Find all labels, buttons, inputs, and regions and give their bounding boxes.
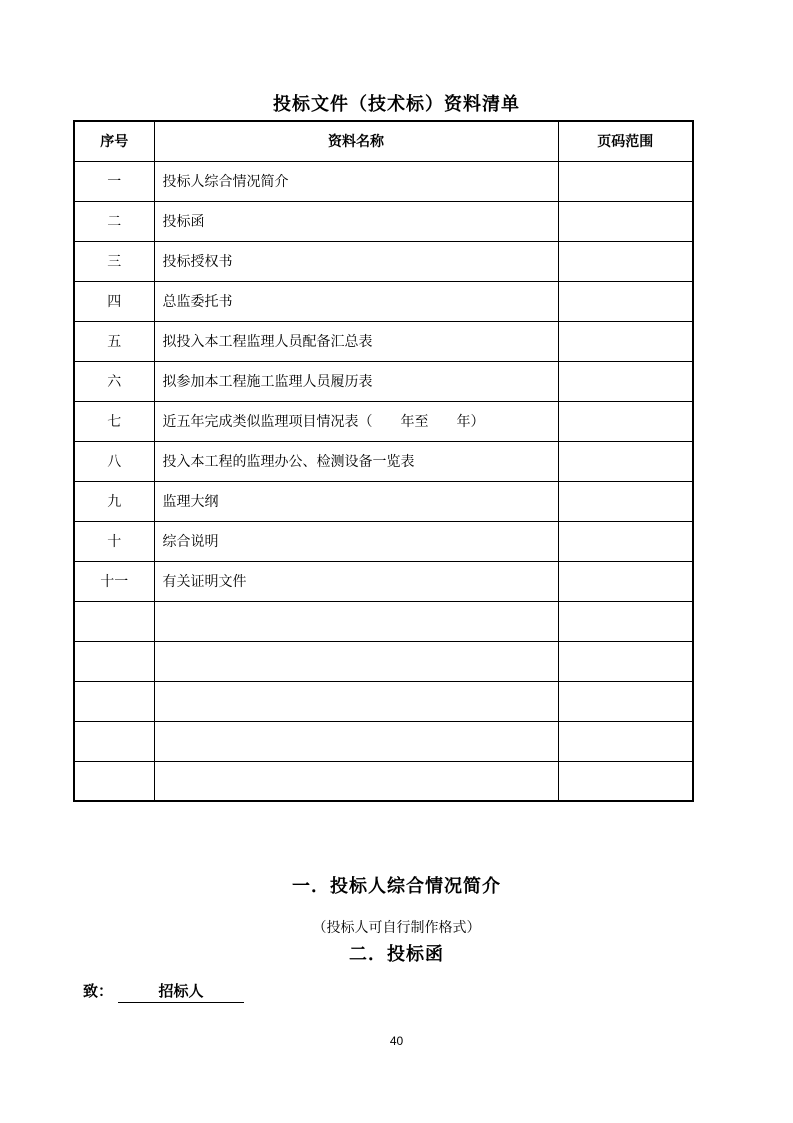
material-name-cell: 综合说明 — [154, 521, 558, 561]
table-row: 三投标授权书 — [74, 241, 693, 281]
material-name-cell: 拟投入本工程监理人员配备汇总表 — [154, 321, 558, 361]
material-name-cell: 投入本工程的监理办公、检测设备一览表 — [154, 441, 558, 481]
material-name-cell: 有关证明文件 — [154, 561, 558, 601]
table-row: 十一有关证明文件 — [74, 561, 693, 601]
page-range-cell — [558, 161, 693, 201]
row-number-cell — [74, 601, 154, 641]
header-cell-material-name: 资料名称 — [154, 121, 558, 161]
material-name-cell: 近五年完成类似监理项目情况表（ 年至 年） — [154, 401, 558, 441]
salutation-line: 致：招标人 — [83, 980, 244, 1003]
row-number-cell: 七 — [74, 401, 154, 441]
row-number-cell: 二 — [74, 201, 154, 241]
table-row: 五拟投入本工程监理人员配备汇总表 — [74, 321, 693, 361]
page-range-cell — [558, 681, 693, 721]
page-range-cell — [558, 601, 693, 641]
table-row: 四总监委托书 — [74, 281, 693, 321]
table-row: 八投入本工程的监理办公、检测设备一览表 — [74, 441, 693, 481]
table-row: 二投标函 — [74, 201, 693, 241]
salutation-blank-tenderee: 招标人 — [118, 980, 244, 1003]
page-range-cell — [558, 281, 693, 321]
material-name-cell: 投标人综合情况简介 — [154, 161, 558, 201]
row-number-cell: 一 — [74, 161, 154, 201]
page-range-cell — [558, 241, 693, 281]
document-page: 投标文件（技术标）资料清单 序号 资料名称 页码范围 一投标人综合情况简介二投标… — [0, 0, 793, 1123]
row-number-cell — [74, 761, 154, 801]
row-number-cell: 十 — [74, 521, 154, 561]
salutation-label: 致： — [83, 984, 113, 1000]
bottom-sections: 一．投标人综合情况简介 （投标人可自行制作格式） 二．投标函 — [0, 872, 793, 966]
material-name-cell: 监理大纲 — [154, 481, 558, 521]
row-number-cell: 五 — [74, 321, 154, 361]
material-name-cell: 总监委托书 — [154, 281, 558, 321]
row-number-cell — [74, 681, 154, 721]
material-name-cell — [154, 761, 558, 801]
material-name-cell — [154, 721, 558, 761]
table-row: 九监理大纲 — [74, 481, 693, 521]
material-name-cell: 投标授权书 — [154, 241, 558, 281]
table-row — [74, 601, 693, 641]
row-number-cell: 八 — [74, 441, 154, 481]
material-name-cell: 投标函 — [154, 201, 558, 241]
row-number-cell: 四 — [74, 281, 154, 321]
page-range-cell — [558, 521, 693, 561]
section-heading-bidder-profile: 一．投标人综合情况简介 — [0, 872, 793, 898]
table-row — [74, 761, 693, 801]
row-number-cell: 三 — [74, 241, 154, 281]
table-header-row: 序号 资料名称 页码范围 — [74, 121, 693, 161]
page-title: 投标文件（技术标）资料清单 — [0, 90, 793, 116]
header-cell-serial-number: 序号 — [74, 121, 154, 161]
table-row — [74, 721, 693, 761]
material-name-cell — [154, 601, 558, 641]
material-name-cell — [154, 681, 558, 721]
row-number-cell — [74, 641, 154, 681]
row-number-cell: 六 — [74, 361, 154, 401]
row-number-cell: 十一 — [74, 561, 154, 601]
table-row — [74, 681, 693, 721]
page-range-cell — [558, 761, 693, 801]
row-number-cell: 九 — [74, 481, 154, 521]
materials-table: 序号 资料名称 页码范围 一投标人综合情况简介二投标函三投标授权书四总监委托书五… — [73, 120, 694, 802]
page-range-cell — [558, 641, 693, 681]
table-row — [74, 641, 693, 681]
table-row: 六拟参加本工程施工监理人员履历表 — [74, 361, 693, 401]
page-range-cell — [558, 401, 693, 441]
row-number-cell — [74, 721, 154, 761]
page-range-cell — [558, 201, 693, 241]
page-range-cell — [558, 441, 693, 481]
page-range-cell — [558, 561, 693, 601]
table-row: 一投标人综合情况简介 — [74, 161, 693, 201]
page-number: 40 — [0, 1034, 793, 1048]
materials-table-body: 一投标人综合情况简介二投标函三投标授权书四总监委托书五拟投入本工程监理人员配备汇… — [74, 161, 693, 801]
page-range-cell — [558, 481, 693, 521]
material-name-cell — [154, 641, 558, 681]
page-range-cell — [558, 721, 693, 761]
header-cell-page-range: 页码范围 — [558, 121, 693, 161]
material-name-cell: 拟参加本工程施工监理人员履历表 — [154, 361, 558, 401]
page-range-cell — [558, 361, 693, 401]
table-row: 七近五年完成类似监理项目情况表（ 年至 年） — [74, 401, 693, 441]
format-note: （投标人可自行制作格式） — [0, 917, 793, 937]
page-range-cell — [558, 321, 693, 361]
table-row: 十综合说明 — [74, 521, 693, 561]
section-heading-bid-letter: 二．投标函 — [0, 940, 793, 966]
